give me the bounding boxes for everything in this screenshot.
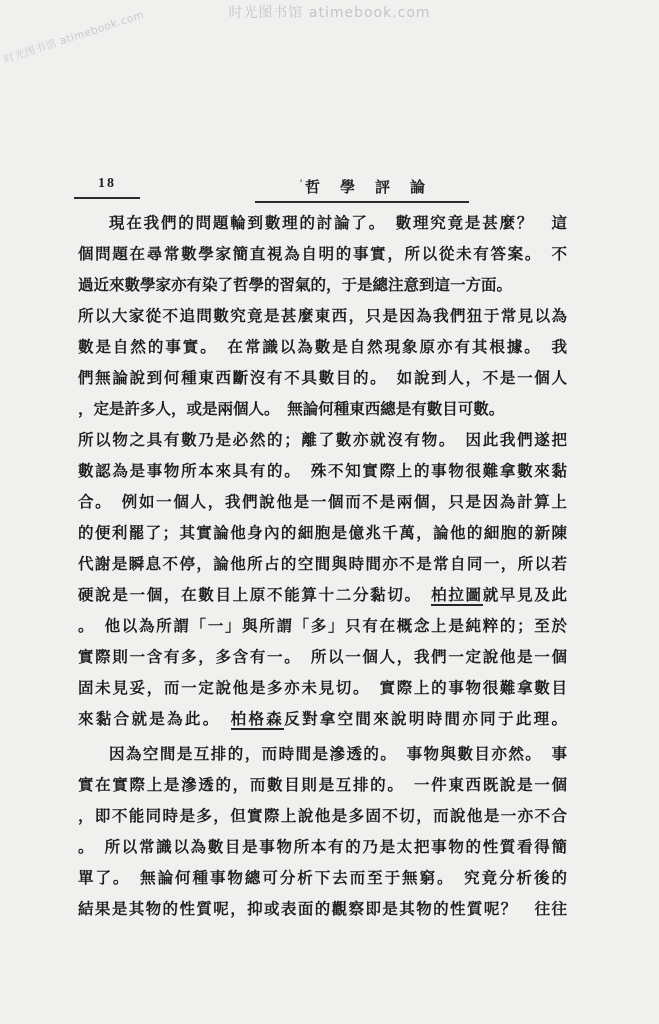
- text-segment: 實際則一含有多，多含有一。 所以一個人，我們一定說他是一個: [78, 649, 567, 666]
- text-line: 實際則一含有多，多含有一。 所以一個人，我們一定說他是一個: [78, 642, 567, 673]
- text-line: 結果是其物的性質呢，抑或表面的觀察即是其物的性質呢？ 往往: [78, 894, 567, 925]
- text-segment: ，即不能同時是多，但實際上說他是多固不切，而說他是一亦不合: [78, 808, 567, 825]
- text-segment: 就早見及此: [483, 587, 567, 604]
- text-segment: 們無論說到何種東西斷沒有不具數目的。 如說到人，不是一個人: [78, 370, 567, 387]
- text-line: 們無論說到何種東西斷沒有不具數目的。 如說到人，不是一個人: [78, 363, 567, 394]
- text-segment: 合。 例如一個人，我們說他是一個而不是兩個，只是因為計算上: [78, 494, 567, 511]
- text-line: 單了。 無論何種事物總可分析下去而至于無窮。 究竟分析後的: [78, 863, 567, 894]
- text-segment: 結果是其物的性質呢，抑或表面的觀察即是其物的性質呢？ 往往: [78, 901, 567, 918]
- text-segment: 代謝是瞬息不停，論他所占的空間與時間亦不是常自同一，所以若: [78, 556, 567, 573]
- text-segment: 因為空間是互排的，而時間是滲透的。 事物與數目亦然。 事: [109, 746, 567, 763]
- text-line: ，即不能同時是多，但實際上說他是多固不切，而說他是一亦不合: [78, 801, 567, 832]
- watermark-diagonal: 时光图书馆 atimebook.com: [2, 7, 146, 67]
- text-line: 的便利罷了；其實論他身內的細胞是億兆千萬，論他的細胞的新陳: [78, 518, 567, 549]
- text-line: 過近來數學家亦有染了哲學的習氣的，于是總注意到這一方面。: [78, 270, 567, 301]
- text-segment: 實在實際上是滲透的，而數目則是互排的。 一件東西既說是一個: [78, 777, 567, 794]
- text-line: 代謝是瞬息不停，論他所占的空間與時間亦不是常自同一，所以若: [78, 549, 567, 580]
- page-number: 18: [74, 176, 140, 199]
- underlined-proper-noun: 柏格森: [231, 711, 284, 730]
- text-segment: 現在我們的問題輪到數理的討論了。 數理究竟是甚麼？ 這: [109, 215, 567, 232]
- text-segment: 。 所以常識以為數目是事物所本有的乃是太把事物的性質看得簡: [78, 839, 567, 856]
- text-line: 所以物之具有數乃是必然的；離了數亦就沒有物。 因此我們遂把: [78, 425, 567, 456]
- text-segment: 的便利罷了；其實論他身內的細胞是億兆千萬，論他的細胞的新陳: [78, 525, 567, 542]
- text-line: 實在實際上是滲透的，而數目則是互排的。 一件東西既說是一個: [78, 770, 567, 801]
- text-line: 數是自然的事實。 在常識以為數是自然現象原亦有其根據。 我: [78, 332, 567, 363]
- page-body-text: 現在我們的問題輪到數理的討論了。 數理究竟是甚麼？ 這個問題在尋常數學家簡直視為…: [78, 208, 567, 925]
- text-line: 。 他以為所謂「一」與所謂「多」只有在概念上是純粹的；至於: [78, 611, 567, 642]
- text-segment: 來黏合就是為此。: [78, 711, 231, 728]
- running-head: 18 ’哲學評論: [78, 176, 570, 204]
- text-line: 。 所以常識以為數目是事物所本有的乃是太把事物的性質看得簡: [78, 832, 567, 863]
- text-line: 現在我們的問題輪到數理的討論了。 數理究竟是甚麼？ 這: [78, 208, 567, 239]
- text-line: 所以大家從不追問數究竟是甚麼東西，只是因為我們狃于常見以為: [78, 301, 567, 332]
- text-line: 個問題在尋常數學家簡直視為自明的事實，所以從未有答案。 不: [78, 239, 567, 270]
- text-segment: 過近來數學家亦有染了哲學的習氣的，于是總注意到這一方面。: [78, 277, 512, 294]
- watermark-top-center: 时光图书馆 atimebook.com: [228, 2, 430, 22]
- paragraph: 因為空間是互排的，而時間是滲透的。 事物與數目亦然。 事實在實際上是滲透的，而數…: [78, 739, 567, 925]
- text-segment: 個問題在尋常數學家簡直視為自明的事實，所以從未有答案。 不: [78, 246, 567, 263]
- text-segment: 所以物之具有數乃是必然的；離了數亦就沒有物。 因此我們遂把: [78, 432, 567, 449]
- journal-title: 哲學評論: [305, 180, 445, 196]
- text-segment: ，定是許多人，或是兩個人。 無論何種東西總是有數目可數。: [78, 401, 504, 418]
- text-line: 合。 例如一個人，我們說他是一個而不是兩個，只是因為計算上: [78, 487, 567, 518]
- text-line: 因為空間是互排的，而時間是滲透的。 事物與數目亦然。 事: [78, 739, 567, 770]
- text-segment: 固未見妥，而一定說他是多亦未見切。 實際上的事物很難拿數目: [78, 680, 567, 697]
- text-segment: 數認為是事物所本來具有的。 殊不知實際上的事物很難拿數來黏: [78, 463, 567, 480]
- scanned-book-page: { "colors": { "paper": "#f0f0ee", "ink":…: [0, 0, 659, 1024]
- text-line: ，定是許多人，或是兩個人。 無論何種東西總是有數目可數。: [78, 394, 567, 425]
- print-artifact-mark: ’: [299, 176, 303, 190]
- text-line: 固未見妥，而一定說他是多亦未見切。 實際上的事物很難拿數目: [78, 673, 567, 704]
- text-segment: 所以大家從不追問數究竟是甚麼東西，只是因為我們狃于常見以為: [78, 308, 567, 325]
- text-segment: 硬說是一個，在數目上原不能算十二分黏切。: [78, 587, 431, 604]
- text-line: 硬說是一個，在數目上原不能算十二分黏切。 柏拉圖就早見及此: [78, 580, 567, 611]
- paragraph: 現在我們的問題輪到數理的討論了。 數理究竟是甚麼？ 這個問題在尋常數學家簡直視為…: [78, 208, 567, 735]
- text-line: 數認為是事物所本來具有的。 殊不知實際上的事物很難拿數來黏: [78, 456, 567, 487]
- underlined-proper-noun: 柏拉圖: [431, 587, 483, 606]
- text-segment: 。 他以為所謂「一」與所謂「多」只有在概念上是純粹的；至於: [78, 618, 567, 635]
- text-segment: 數是自然的事實。 在常識以為數是自然現象原亦有其根據。 我: [78, 339, 567, 356]
- text-segment: 反對拿空間來說明時間亦同于此理。: [284, 711, 567, 728]
- text-segment: 單了。 無論何種事物總可分析下去而至于無窮。 究竟分析後的: [78, 870, 567, 887]
- text-line: 來黏合就是為此。 柏格森反對拿空間來說明時間亦同于此理。: [78, 704, 567, 735]
- journal-title-block: ’哲學評論: [255, 176, 469, 203]
